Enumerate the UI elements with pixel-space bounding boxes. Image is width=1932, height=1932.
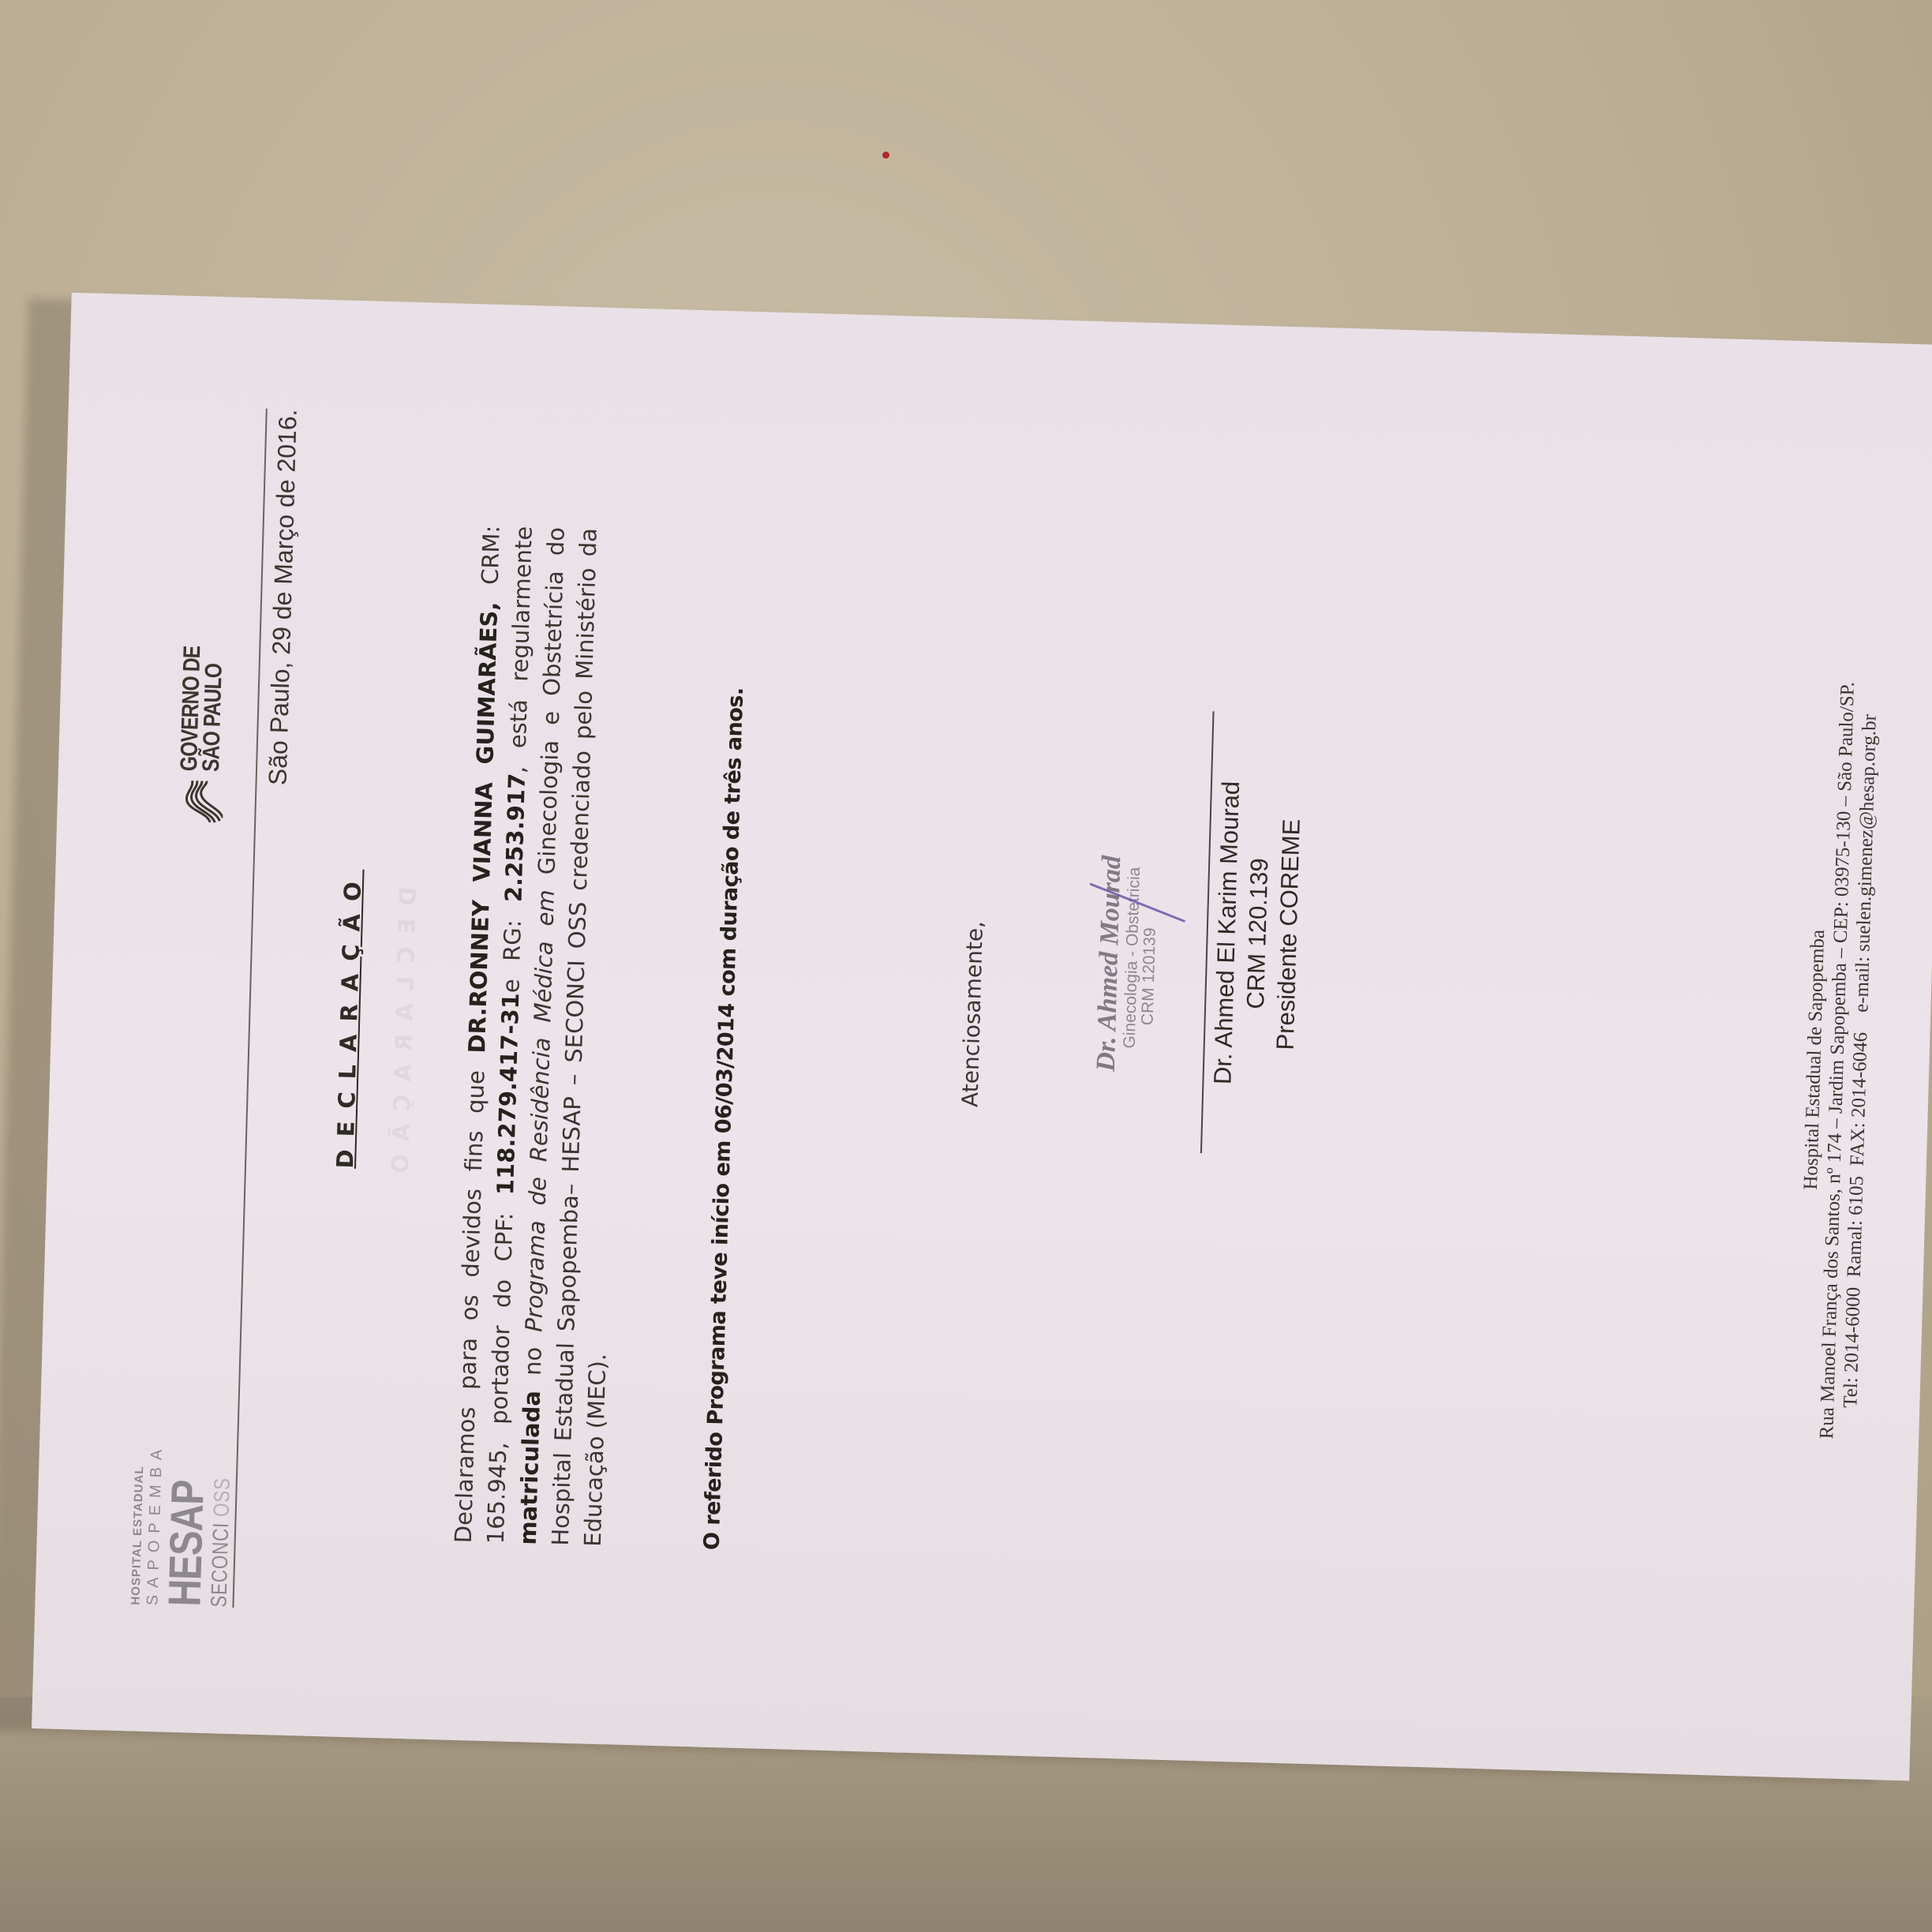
hesap-logo-line1: HOSPITAL ESTADUAL	[129, 1442, 146, 1605]
governo-line2: SÃO PAULO	[200, 646, 227, 772]
program-name: Programa de Residência Médica em	[520, 889, 560, 1332]
closing-text: Atenciosamente,	[957, 920, 988, 1107]
date-line: São Paulo, 29 de Março de 2016.	[263, 409, 302, 786]
hesap-logo-line3: HESAP	[162, 1472, 212, 1607]
oss-text: OSS	[209, 1477, 234, 1518]
body-paragraph-2: O referido Programa teve início em 06/03…	[700, 485, 754, 1550]
p1-rg-label: e RG:	[497, 902, 526, 994]
cpf-number: 118.279.417-31	[492, 993, 524, 1196]
bleed-through-title: DECLARAÇÃO	[386, 886, 421, 1186]
body-paragraph-1: Declaramos para os devidos fins que DR.R…	[447, 525, 638, 1547]
p1-no: no	[519, 1331, 547, 1391]
sao-paulo-state-emblem-icon	[175, 777, 224, 826]
hesap-logo: HOSPITAL ESTADUAL SAPOPEMBA HESAP SECONC…	[129, 1442, 234, 1608]
governo-sp-logo: GOVERNO DE SÃO PAULO	[175, 618, 228, 826]
hesap-logo-line4: SECONCI OSS	[208, 1477, 234, 1608]
doctor-stamp: Dr. Ahmed Mourad Ginecologia - Obstetric…	[1092, 787, 1163, 1073]
table-stain	[882, 152, 889, 159]
rg-number: 2.253.917	[500, 773, 530, 902]
p1-mid: , está regularmente	[504, 526, 537, 773]
signer-block: Dr. Ahmed El Karim Mourad CRM 120.139 Pr…	[1205, 711, 1310, 1155]
document-page: HOSPITAL ESTADUAL SAPOPEMBA HESAP SECONC…	[32, 293, 1932, 1781]
governo-sp-text: GOVERNO DE SÃO PAULO	[178, 646, 226, 772]
document-title: DECLARAÇÃO	[316, 301, 383, 1737]
enrollment-status: matriculada	[515, 1390, 545, 1544]
seconci-text: SECONCI	[206, 1522, 233, 1608]
header-divider	[232, 409, 267, 1608]
footer-address: Hospital Estadual de Sapopemba Rua Manoe…	[1783, 342, 1892, 1780]
